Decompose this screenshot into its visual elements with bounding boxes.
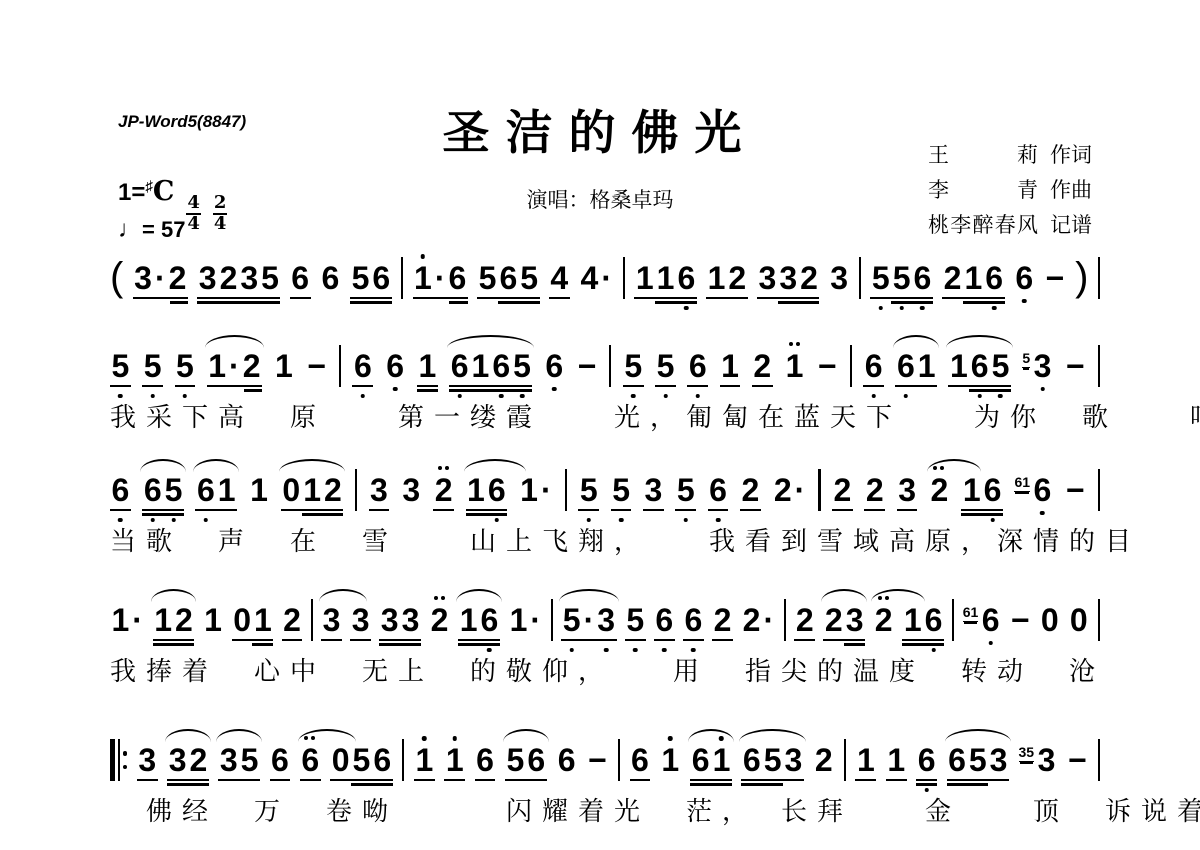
octave-dot-low xyxy=(183,394,188,399)
octave-dot-low xyxy=(879,306,884,311)
note: 3235 xyxy=(197,262,280,294)
octave-dot-low xyxy=(150,518,155,523)
beam-line xyxy=(625,639,646,641)
credit-row-composer: 李青 作曲 xyxy=(928,173,1092,208)
repeat-barline xyxy=(110,739,127,781)
note: − xyxy=(1044,262,1066,294)
slur-arc xyxy=(298,729,356,742)
beam-line xyxy=(167,779,209,781)
note: 33 xyxy=(379,604,421,636)
note: 16 xyxy=(466,474,508,506)
note: 6165 xyxy=(449,350,532,382)
score: (3·2323566561·656544·1161233235562166−)5… xyxy=(110,262,1100,828)
note: 35 xyxy=(218,744,260,776)
octave-dot-low xyxy=(691,648,696,653)
beam-line xyxy=(708,509,729,511)
barline xyxy=(355,469,357,511)
note: 56 xyxy=(350,262,392,294)
beam-line xyxy=(823,639,865,641)
note: 1·6 xyxy=(413,262,468,294)
beam-line xyxy=(683,639,704,641)
beam-line xyxy=(449,385,532,387)
note: 61 xyxy=(195,474,237,506)
beam-line xyxy=(270,779,291,781)
beam-line xyxy=(466,509,508,511)
sheet-music-page: JP-Word5(8847) 圣洁的佛光 演唱：格桑卓玛 王莉 作词 李青 作曲… xyxy=(0,0,1200,850)
transcriber-name: 桃李醉春风 xyxy=(928,208,1038,243)
barline xyxy=(339,345,341,387)
slur-arc xyxy=(946,335,1012,348)
music-line-5: 3323566056116566−61616532116653353− xyxy=(110,744,1100,790)
note: 5·3 xyxy=(561,604,616,636)
beam-line xyxy=(886,779,907,781)
music-line-1: (3·2323566561·656544·1161233235562166−) xyxy=(110,262,1100,308)
beam-line xyxy=(947,779,1009,781)
lyric-line-4: 我捧着 心中 无上 的敬仰， 用 指尖的温度 转动 沧 桑。 xyxy=(110,656,1100,688)
note: 5 xyxy=(142,350,163,382)
note: 5 xyxy=(611,474,632,506)
barline xyxy=(609,345,611,387)
note: 556 xyxy=(870,262,932,294)
note: 216 xyxy=(942,262,1004,294)
note: 3 xyxy=(643,474,664,506)
barline xyxy=(565,469,567,511)
beam-line-2 xyxy=(244,389,262,391)
beam-line xyxy=(218,779,260,781)
credits-block: 王莉 作词 李青 作曲 桃李醉春风 记谱 xyxy=(928,138,1092,243)
octave-dot-low xyxy=(684,306,689,311)
note: 2 xyxy=(813,744,834,776)
transcriber-role: 记谱 xyxy=(1050,208,1092,243)
beam-line xyxy=(630,779,651,781)
octave-dot-low xyxy=(619,518,624,523)
beam-line xyxy=(300,779,321,781)
barline xyxy=(401,257,403,299)
slur-arc xyxy=(559,589,618,602)
note: 4 xyxy=(549,262,570,294)
octave-dot-low xyxy=(552,387,557,392)
note: 1 xyxy=(273,350,294,382)
octave-dot-low xyxy=(204,518,209,523)
beam-line xyxy=(897,509,918,511)
note: 6 xyxy=(556,744,577,776)
note: 1 xyxy=(417,350,438,382)
note: 3 xyxy=(350,604,371,636)
octave-dot-low xyxy=(920,306,925,311)
slur-arc xyxy=(688,729,734,742)
note: 5 xyxy=(110,350,131,382)
note: 6 xyxy=(110,474,131,506)
beam-line xyxy=(207,385,262,387)
note: 16 xyxy=(961,474,1003,506)
note: 0 xyxy=(1068,604,1089,636)
beam-line-2 xyxy=(963,301,1005,303)
note: 2 xyxy=(832,474,853,506)
note: 5 xyxy=(175,350,196,382)
barline xyxy=(844,739,846,781)
beam-line xyxy=(197,297,280,299)
beam-line xyxy=(961,509,1003,511)
beam-line xyxy=(350,297,392,299)
beam-line-2 xyxy=(891,301,933,303)
slur-arc xyxy=(319,589,367,602)
slur-arc xyxy=(739,729,805,742)
octave-dot-low xyxy=(992,306,997,311)
barline xyxy=(859,257,861,299)
lyricist-role: 作词 xyxy=(1050,138,1092,173)
slur-arc xyxy=(893,335,939,348)
beam-line xyxy=(458,639,500,641)
octave-dot-low xyxy=(998,394,1003,399)
lyricist-name: 王莉 xyxy=(928,138,1038,173)
beam-line-2 xyxy=(741,783,783,785)
meter-denominator: 4 xyxy=(214,215,227,234)
note: 6 xyxy=(916,744,937,776)
grace-note: 61 xyxy=(1014,474,1030,492)
beam-line xyxy=(757,297,819,299)
octave-dot-low xyxy=(150,394,155,399)
note: 6 xyxy=(300,744,321,776)
note: 61 xyxy=(690,744,732,776)
octave-dot-low xyxy=(696,394,701,399)
octave-dot-low xyxy=(1040,387,1045,392)
note: 012 xyxy=(281,474,343,506)
credit-row-lyricist: 王莉 作词 xyxy=(928,138,1092,173)
note: 6 xyxy=(320,262,341,294)
note: 3 xyxy=(401,474,422,506)
ornament-dots xyxy=(438,466,442,470)
note: − xyxy=(816,350,838,382)
beam-line xyxy=(477,297,539,299)
octave-dot-low xyxy=(990,518,995,523)
note: 653 xyxy=(741,744,803,776)
note: 3 xyxy=(137,744,158,776)
note: 23 xyxy=(823,604,865,636)
octave-dot-high xyxy=(421,254,426,259)
meter-4-4: 44 xyxy=(186,194,201,234)
note: 16 xyxy=(458,604,500,636)
beam-line xyxy=(578,509,599,511)
quarter-note-icon: ♩ xyxy=(118,216,142,243)
note: 53 xyxy=(1022,350,1053,382)
note: 6 xyxy=(352,350,373,382)
note: 0 xyxy=(1039,604,1060,636)
beam-line xyxy=(281,509,343,511)
beam-line xyxy=(175,385,196,387)
note: 1 xyxy=(249,474,270,506)
note: 2 xyxy=(429,604,450,636)
note: 12 xyxy=(153,604,195,636)
note: 16 xyxy=(902,604,944,636)
note: 5 xyxy=(623,350,644,382)
beam-line xyxy=(549,297,570,299)
note: 4· xyxy=(579,262,613,294)
note: − xyxy=(1009,604,1031,636)
octave-dot-low xyxy=(118,394,123,399)
beam-line-2 xyxy=(142,513,184,515)
note: 2 xyxy=(282,604,303,636)
slur-arc xyxy=(205,335,264,348)
beam-line xyxy=(740,509,761,511)
beam-line xyxy=(706,297,748,299)
barline xyxy=(402,739,404,781)
note: 1· xyxy=(508,604,542,636)
beam-line xyxy=(290,297,311,299)
octave-dot-low xyxy=(1022,299,1027,304)
beam-line xyxy=(611,509,632,511)
beam-line-2 xyxy=(252,643,273,645)
barline xyxy=(850,345,852,387)
note: 61 xyxy=(895,350,937,382)
slur-arc xyxy=(140,459,186,472)
beam-line xyxy=(330,779,392,781)
beam-line xyxy=(379,639,421,641)
beam-line xyxy=(282,639,303,641)
beam-line xyxy=(690,779,732,781)
composer-name: 李青 xyxy=(928,173,1038,208)
octave-dot-low xyxy=(361,394,366,399)
octave-dot-low xyxy=(899,306,904,311)
note: 12 xyxy=(706,262,748,294)
octave-dot-low xyxy=(171,518,176,523)
note: 6 xyxy=(1014,262,1035,294)
octave-dot-low xyxy=(569,648,574,653)
beam-line-2 xyxy=(417,389,438,391)
beam-line xyxy=(369,509,390,511)
note: 1· xyxy=(519,474,553,506)
note: 6 xyxy=(475,744,496,776)
note: 1· xyxy=(110,604,144,636)
beam-line-2 xyxy=(902,643,944,645)
barline xyxy=(1098,599,1100,641)
note: 353 xyxy=(1019,744,1057,776)
barline xyxy=(1098,469,1100,511)
beam-line xyxy=(321,639,342,641)
lyric-line-5: 佛经 万 卷呦 闪耀着光 茫， 长拜 金 顶 诉说着敬 仰， xyxy=(110,796,1100,828)
octave-dot-low xyxy=(977,394,982,399)
note: 1 xyxy=(660,744,681,776)
beam-line xyxy=(643,509,664,511)
note: 56 xyxy=(505,744,547,776)
beam-line xyxy=(634,297,696,299)
note: 32 xyxy=(167,744,209,776)
beam-line xyxy=(655,385,676,387)
beam-line xyxy=(433,509,454,511)
barline xyxy=(1098,257,1100,299)
beam-line xyxy=(417,385,438,387)
note: 1·2 xyxy=(207,350,262,382)
beam-line xyxy=(895,385,937,387)
note: 2 xyxy=(433,474,454,506)
beam-line xyxy=(870,297,932,299)
tempo-value: = 57 xyxy=(142,217,185,242)
note: 2 xyxy=(794,604,815,636)
beam-line xyxy=(195,509,237,511)
note: 3 xyxy=(897,474,918,506)
beam-line xyxy=(110,509,131,511)
beam-line xyxy=(110,385,131,387)
note: − xyxy=(1064,474,1086,506)
barline xyxy=(623,257,625,299)
octave-dot-low xyxy=(663,394,668,399)
octave-dot-low xyxy=(662,648,667,653)
octave-dot-low xyxy=(1040,511,1045,516)
note: 65 xyxy=(142,474,184,506)
slur-arc xyxy=(193,459,239,472)
barline xyxy=(551,599,553,641)
octave-dot-low xyxy=(716,518,721,523)
slur-arc xyxy=(165,729,211,742)
note: 6 xyxy=(630,744,651,776)
composer-role: 作曲 xyxy=(1050,173,1092,208)
note: 3 xyxy=(829,262,850,294)
key-prefix: 1= xyxy=(118,179,145,206)
note: − xyxy=(576,350,598,382)
meter-numerator: 4 xyxy=(186,194,201,215)
octave-dot-low xyxy=(683,518,688,523)
beam-line-2 xyxy=(947,783,989,785)
beam-line xyxy=(444,779,465,781)
note: 6 xyxy=(654,604,675,636)
beam-line-2 xyxy=(969,389,1011,391)
beam-line-2 xyxy=(458,643,500,645)
octave-dot-high xyxy=(452,736,457,741)
beam-line-2 xyxy=(197,301,280,303)
octave-dot-low xyxy=(499,394,504,399)
beam-line xyxy=(902,639,944,641)
barline xyxy=(784,599,786,641)
beam-line-2 xyxy=(449,389,532,391)
beam-line xyxy=(413,297,468,299)
note: 2· xyxy=(741,604,775,636)
note: 2· xyxy=(772,474,806,506)
slur-arc xyxy=(216,729,262,742)
beam-line xyxy=(720,385,741,387)
beam-line-2 xyxy=(167,783,209,785)
note: 1 xyxy=(444,744,465,776)
beam-line xyxy=(654,639,675,641)
barline xyxy=(952,599,954,641)
beam-line-2 xyxy=(498,301,540,303)
note: − xyxy=(306,350,328,382)
beam-line-2 xyxy=(449,301,467,303)
octave-dot-low xyxy=(931,648,936,653)
ornament-dots xyxy=(434,596,438,600)
octave-dot-low xyxy=(604,648,609,653)
slur-arc xyxy=(503,729,549,742)
slur-arc xyxy=(464,459,526,472)
note: 3 xyxy=(369,474,390,506)
octave-dot-low xyxy=(487,648,492,653)
octave-dot-low xyxy=(587,518,592,523)
beam-line xyxy=(948,385,1010,387)
note: 6 xyxy=(385,350,406,382)
note: 1 xyxy=(414,744,435,776)
note: 056 xyxy=(330,744,392,776)
beam-line xyxy=(505,779,547,781)
beam-line xyxy=(561,639,616,641)
note: 5 xyxy=(675,474,696,506)
octave-dot-low xyxy=(393,387,398,392)
note: 2 xyxy=(873,604,894,636)
note: 1 xyxy=(203,604,224,636)
note: 1 xyxy=(784,350,805,382)
note: 3 xyxy=(321,604,342,636)
beam-line xyxy=(687,385,708,387)
slur-arc xyxy=(945,729,1011,742)
note: 3·2 xyxy=(133,262,188,294)
note: 6 xyxy=(687,350,708,382)
barline xyxy=(1098,739,1100,781)
octave-dot-low xyxy=(494,518,499,523)
beam-line xyxy=(863,385,884,387)
slur-arc xyxy=(456,589,502,602)
beam-line xyxy=(232,639,274,641)
beam-line-2 xyxy=(302,513,344,515)
note: 2 xyxy=(864,474,885,506)
octave-dot-low xyxy=(924,788,929,793)
beam-line-2 xyxy=(690,783,732,785)
credit-row-transcriber: 桃李醉春风 记谱 xyxy=(928,208,1092,243)
note: 1 xyxy=(886,744,907,776)
beam-line xyxy=(942,297,1004,299)
octave-dot-low xyxy=(631,394,636,399)
beam-line xyxy=(352,385,373,387)
barline xyxy=(818,469,820,511)
beam-line-2 xyxy=(350,301,392,303)
tempo-marking: ♩= 57 xyxy=(118,216,185,244)
lyric-line-2: 我采下高 原 第一缕霞 光，匍匐在蓝天下 为你 歌 唱， xyxy=(110,402,1100,434)
beam-line xyxy=(142,385,163,387)
beam-line xyxy=(794,639,815,641)
beam-line-2 xyxy=(916,783,937,785)
beam-line-2 xyxy=(170,301,188,303)
beam-line xyxy=(752,385,773,387)
note: 565 xyxy=(477,262,539,294)
note: 653 xyxy=(947,744,1009,776)
barline xyxy=(618,739,620,781)
note: 5 xyxy=(655,350,676,382)
beam-line-2 xyxy=(351,783,393,785)
beam-line xyxy=(855,779,876,781)
slur-arc xyxy=(151,589,197,602)
barline xyxy=(1098,345,1100,387)
note: 5 xyxy=(625,604,646,636)
music-line-2: 5551·21−66161656−556121−66116553− xyxy=(110,350,1100,396)
close-paren: ) xyxy=(1075,261,1088,293)
octave-dot-low xyxy=(520,394,525,399)
beam-line xyxy=(414,779,435,781)
beam-line xyxy=(864,509,885,511)
beam-line xyxy=(137,779,158,781)
note: 6 xyxy=(863,350,884,382)
beam-line xyxy=(350,639,371,641)
music-line-3: 665611012332161·5535622·223216616− xyxy=(110,474,1100,520)
beam-line-2 xyxy=(466,513,508,515)
octave-dot-high xyxy=(422,736,427,741)
beam-line xyxy=(832,509,853,511)
note: 2 xyxy=(752,350,773,382)
octave-dot-low xyxy=(457,394,462,399)
octave-dot-low xyxy=(633,648,638,653)
note: 2 xyxy=(740,474,761,506)
beam-line xyxy=(133,297,188,299)
note: − xyxy=(1064,350,1086,382)
beam-line-2 xyxy=(655,301,697,303)
beam-line-2 xyxy=(844,643,865,645)
slur-arc xyxy=(279,459,345,472)
note: 116 xyxy=(634,262,696,294)
